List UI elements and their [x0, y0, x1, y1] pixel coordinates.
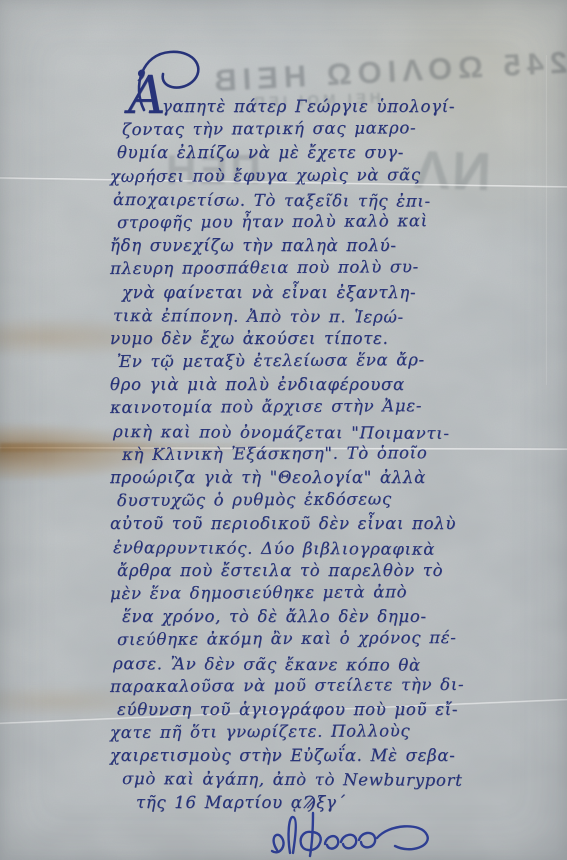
scan-edge-vignette: [0, 0, 567, 860]
scanned-letter-page: 245 ΩΟΛΙΟΩ ΗΕΙΒ ΗΕΙ ΜΟΙ ΙΕΠ ΠΕΗ ΝΛ Ἀ γαπ…: [0, 0, 567, 860]
